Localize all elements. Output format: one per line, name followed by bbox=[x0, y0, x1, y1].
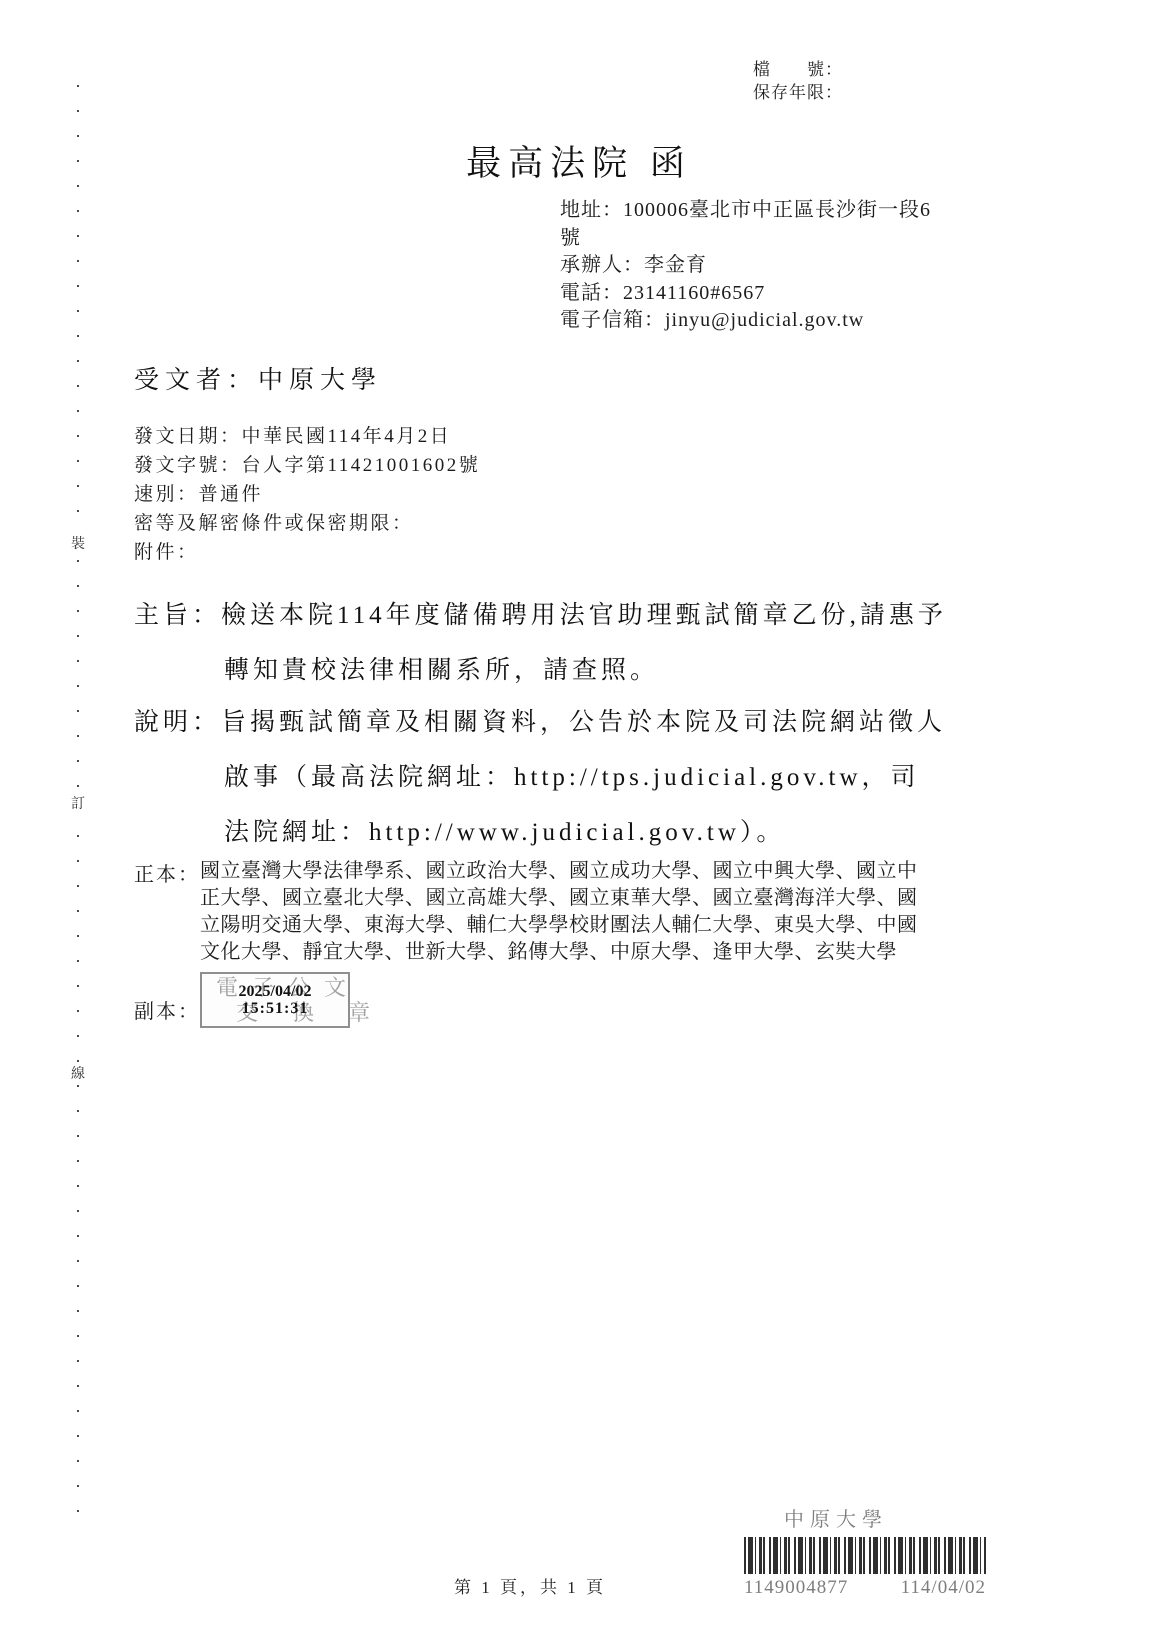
document-title: 最高法院 函 bbox=[0, 136, 1158, 186]
sender-email: 電子信箱：jinyu@judicial.gov.tw bbox=[560, 307, 931, 335]
subject-line-1: 主旨：檢送本院114年度儲備聘用法官助理甄試簡章乙份,請惠予 bbox=[134, 595, 947, 631]
description-line-3: 法院網址：http://www.judicial.gov.tw）。 bbox=[224, 812, 785, 848]
document-meta-block: 發文日期：中華民國114年4月2日 發文字號：台人字第11421001602號 … bbox=[134, 422, 480, 567]
attachment-line: 附件： bbox=[134, 538, 480, 567]
binding-char-ding: 訂 bbox=[68, 795, 88, 815]
original-recipients-line4: 文化大學、靜宜大學、世新大學、銘傳大學、中原大學、逢甲大學、玄奘大學 bbox=[200, 939, 918, 966]
page-number-footer: 第 1 頁，共 1 頁 bbox=[0, 1573, 1060, 1598]
description-line-1: 說明：旨揭甄試簡章及相關資料，公告於本院及司法院網站徵人 bbox=[134, 702, 946, 738]
binding-char-zhuang: 裝 bbox=[68, 535, 88, 555]
sender-contact-person: 承辦人：李金育 bbox=[560, 252, 931, 280]
file-number-label: 檔 號： bbox=[753, 58, 843, 81]
sender-contact-block: 地址：100006臺北市中正區長沙街一段6 號 承辦人：李金育 電話：23141… bbox=[560, 197, 931, 335]
issue-date-line: 發文日期：中華民國114年4月2日 bbox=[134, 422, 480, 451]
subject-line-2: 轉知貴校法律相關系所，請查照。 bbox=[224, 650, 659, 686]
original-copy-recipients: 國立臺灣大學法律學系、國立政治大學、國立成功大學、國立中興大學、國立中 正大學、… bbox=[200, 858, 918, 966]
retention-label: 保存年限： bbox=[753, 81, 843, 104]
classification-line: 密等及解密條件或保密期限： bbox=[134, 509, 480, 538]
archive-header: 檔 號： 保存年限： bbox=[753, 58, 843, 104]
priority-line: 速別：普通件 bbox=[134, 480, 480, 509]
delivery-recipient-name: 中原大學 bbox=[784, 1503, 888, 1532]
electronic-document-exchange-stamp: 電子公文 交換章 2025/04/02 15:51:31 bbox=[200, 972, 350, 1028]
original-recipients-line2: 正大學、國立臺北大學、國立高雄大學、國立東華大學、國立臺灣海洋大學、國 bbox=[200, 885, 918, 912]
official-letter-page: 裝 訂 線 檔 號： 保存年限： 最高法院 函 地址：100006臺北市中正區長… bbox=[0, 0, 1158, 1649]
original-copy-label: 正本： bbox=[134, 858, 200, 887]
reference-number-line: 發文字號：台人字第11421001602號 bbox=[134, 451, 480, 480]
description-line-2: 啟事（最高法院網址：http://tps.judicial.gov.tw，司 bbox=[224, 757, 920, 793]
recipient-line: 受文者：中原大學 bbox=[134, 360, 382, 396]
barcode bbox=[744, 1537, 986, 1574]
binding-char-xian: 線 bbox=[68, 1065, 88, 1085]
original-recipients-line1: 國立臺灣大學法律學系、國立政治大學、國立成功大學、國立中興大學、國立中 bbox=[200, 858, 918, 885]
sender-address-line2: 號 bbox=[560, 225, 931, 253]
sender-phone: 電話：23141160#6567 bbox=[560, 280, 931, 308]
stamp-date: 2025/04/02 bbox=[202, 983, 348, 1000]
cc-copy-label: 副本： bbox=[134, 995, 200, 1024]
sender-address-line1: 地址：100006臺北市中正區長沙街一段6 bbox=[560, 197, 931, 225]
original-recipients-line3: 立陽明交通大學、東海大學、輔仁大學學校財團法人輔仁大學、東吳大學、中國 bbox=[200, 912, 918, 939]
stamp-time: 15:51:31 bbox=[202, 1000, 348, 1017]
